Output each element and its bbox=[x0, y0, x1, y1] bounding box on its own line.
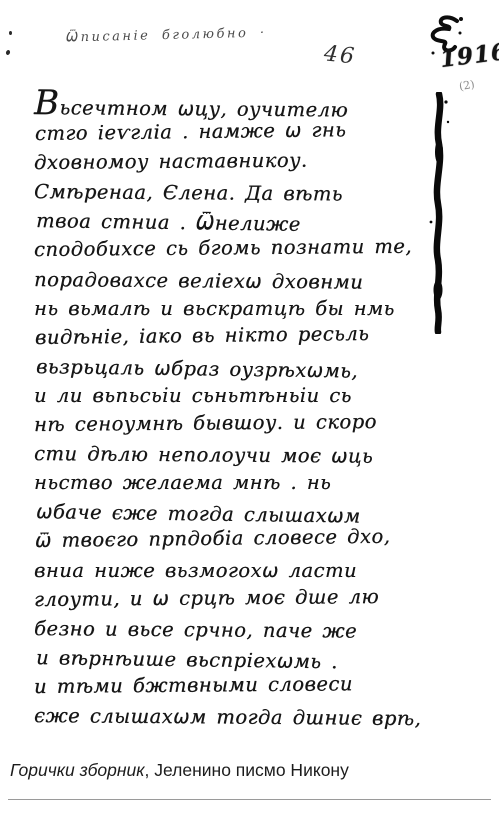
corner-faint-mark: (2) bbox=[458, 78, 476, 94]
manuscript-text-line: и тѣми бжтвными словеси bbox=[34, 671, 464, 704]
manuscript-text-line: дховномоу наставникоу. bbox=[34, 147, 464, 180]
folio-number-pencil: 46 bbox=[323, 41, 357, 69]
caption: Горички зборник, Јеленино писмо Никону bbox=[10, 760, 349, 781]
caption-description: , Јеленино писмо Никону bbox=[145, 760, 349, 780]
manuscript-text-line: видѣніе, іако вь нікто ресьль bbox=[35, 320, 465, 354]
manuscript-text-line: вьзрьцаль ѡбраз оузрѣхѡмь, bbox=[36, 355, 466, 390]
manuscript-text-line: єже слышахѡм тогда дшниє врѣ, bbox=[34, 704, 464, 736]
manuscript-text-block: Вьсечтном ѡцу, оучителю стго іеѵгліа . н… bbox=[34, 93, 464, 733]
ink-speck bbox=[9, 31, 12, 35]
manuscript-text-line: нѣ сеноумнѣ бывшоу. и скоро bbox=[34, 409, 464, 442]
manuscript-text-line: ньство желаема мнѣ . нь bbox=[34, 471, 464, 500]
caption-work-title: Горички зборник bbox=[10, 760, 145, 780]
manuscript-scan-page: Ѿписаніе бголюбно · 46 1916 (2) Вьсечтно… bbox=[0, 0, 499, 817]
manuscript-text-line: сти дѣлю неполоучи моє ѡць bbox=[34, 442, 464, 474]
manuscript-text-line: глоути, и ѡ срцѣ моє дше лю bbox=[34, 584, 464, 617]
manuscript-text-line: ѿ твоєго прпдобіа словесе дхо, bbox=[35, 524, 465, 558]
manuscript-text-line: вниа ниже вьзмогохѡ ласти bbox=[34, 559, 464, 588]
manuscript-text-line: порадовахсе веліехѡ дховнми bbox=[34, 268, 464, 300]
manuscript-text-line: сподобихсе сь бгомь познати те, bbox=[34, 235, 464, 268]
manuscript-header-script: Ѿписаніе бголюбно · bbox=[66, 26, 267, 46]
manuscript-text-line: стго іеѵгліа . намже ѡ гнь bbox=[35, 117, 465, 151]
manuscript-text-line: безно и вьсе срчно, паче же bbox=[34, 617, 464, 649]
manuscript-text-line: Смѣренаа, Єлена. Да вѣть bbox=[34, 180, 464, 212]
bottom-divider bbox=[8, 799, 491, 800]
ink-speck bbox=[5, 49, 10, 55]
